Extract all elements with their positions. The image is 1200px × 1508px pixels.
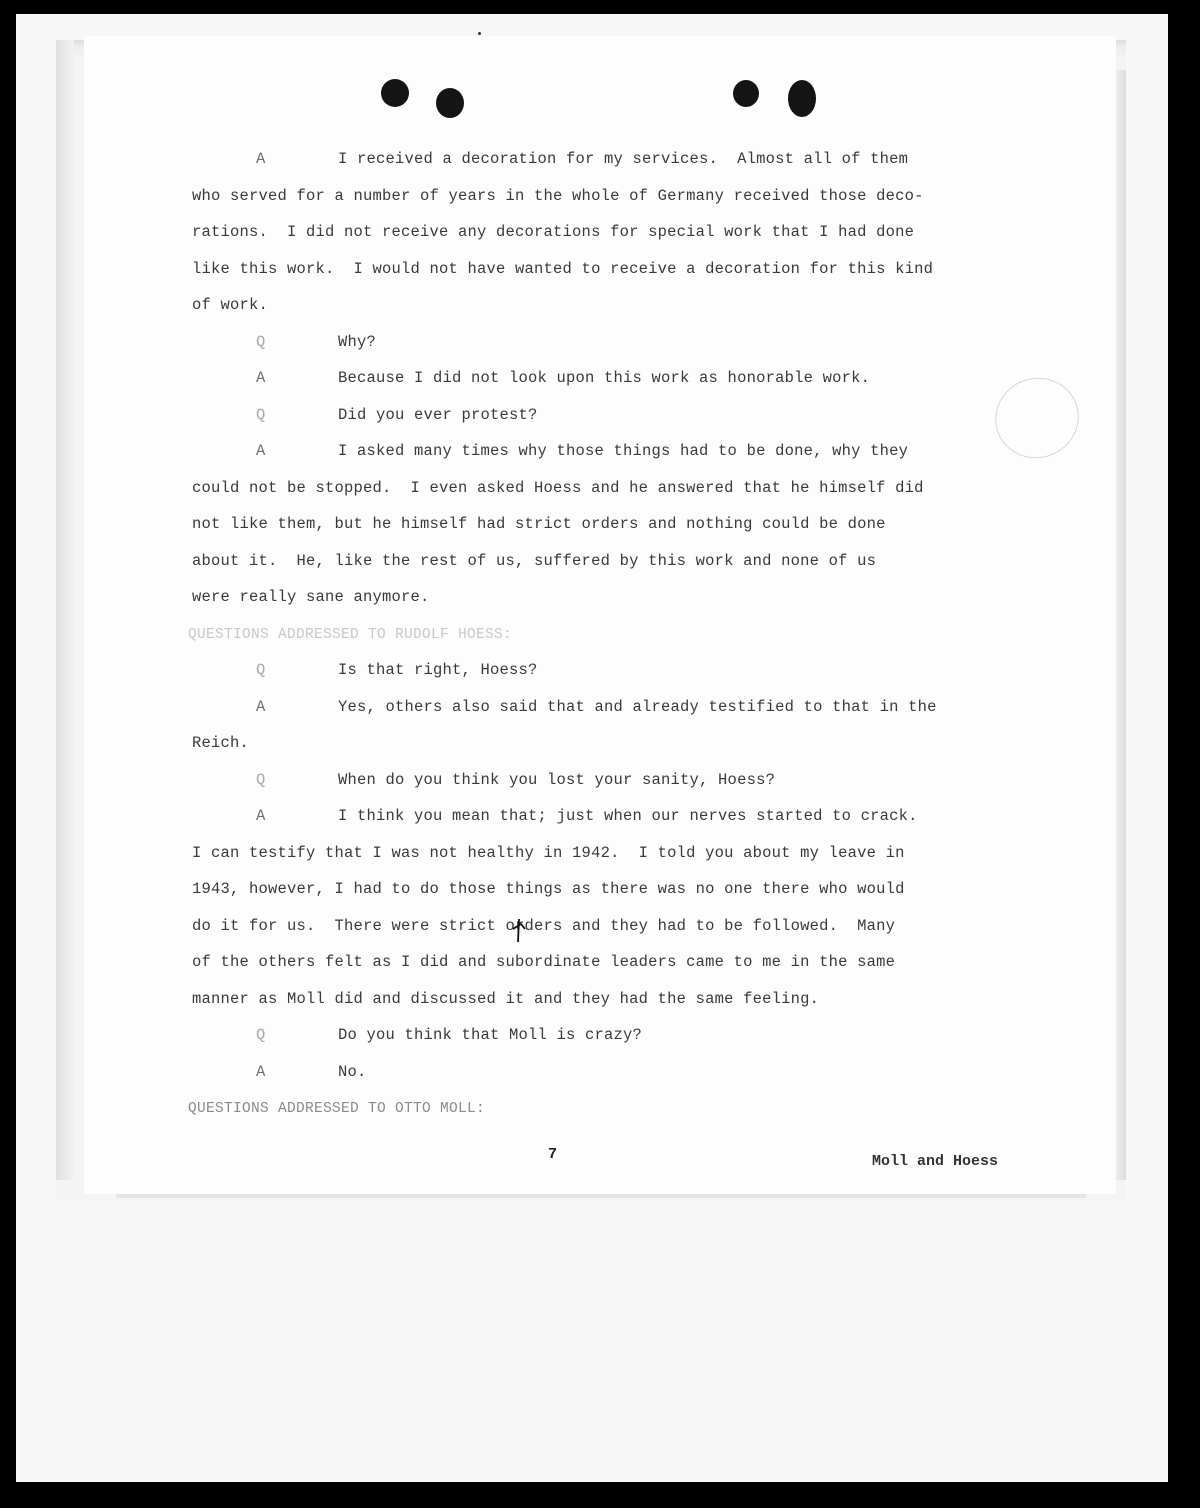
transcript-line: No. <box>338 1063 367 1081</box>
transcript-line: do it for us. There were strict orders a… <box>192 917 895 935</box>
footer-title: Moll and Hoess <box>872 1153 998 1170</box>
transcript-line: I think you mean that; just when our ner… <box>338 807 918 825</box>
question-label: Q <box>256 661 265 679</box>
transcript-line: manner as Moll did and discussed it and … <box>192 990 819 1008</box>
transcript-line: like this work. I would not have wanted … <box>192 260 933 278</box>
transcript-line: When do you think you lost your sanity, … <box>338 771 775 789</box>
answer-label: A <box>256 698 265 716</box>
answer-label: A <box>256 150 265 168</box>
answer-label: A <box>256 807 265 825</box>
transcript-line: of the others felt as I did and subordin… <box>192 953 895 971</box>
transcript-line: I received a decoration for my services.… <box>338 150 908 168</box>
transcript-line: Why? <box>338 333 376 351</box>
section-heading: QUESTIONS ADDRESSED TO RUDOLF HOESS: <box>188 627 512 643</box>
transcript-line: Reich. <box>192 734 249 752</box>
punch-hole-icon <box>733 80 759 107</box>
question-label: Q <box>256 333 265 351</box>
handwritten-mark-icon <box>512 917 526 943</box>
question-label: Q <box>256 771 265 789</box>
transcript-line: Because I did not look upon this work as… <box>338 369 870 387</box>
section-heading: QUESTIONS ADDRESSED TO OTTO MOLL: <box>188 1101 485 1117</box>
punch-hole-icon <box>788 80 816 117</box>
transcript-line: Do you think that Moll is crazy? <box>338 1026 642 1044</box>
answer-label: A <box>256 442 265 460</box>
punch-hole-icon <box>381 79 409 107</box>
question-label: Q <box>256 1026 265 1044</box>
transcript-line: could not be stopped. I even asked Hoess… <box>192 479 924 497</box>
transcript-line: not like them, but he himself had strict… <box>192 515 886 533</box>
transcript-line: Is that right, Hoess? <box>338 661 538 679</box>
answer-label: A <box>256 369 265 387</box>
transcript-line: 1943, however, I had to do those things … <box>192 880 905 898</box>
page-number: 7 <box>548 1146 557 1163</box>
transcript-line: who served for a number of years in the … <box>192 187 924 205</box>
punch-hole-icon <box>436 88 464 118</box>
transcript-line: Did you ever protest? <box>338 406 538 424</box>
transcript-line: I can testify that I was not healthy in … <box>192 844 905 862</box>
document-page <box>84 36 1116 1194</box>
transcript-line: I asked many times why those things had … <box>338 442 908 460</box>
transcript-line: were really sane anymore. <box>192 588 430 606</box>
ink-speck <box>478 32 481 35</box>
answer-label: A <box>256 1063 265 1081</box>
question-label: Q <box>256 406 265 424</box>
transcript-line: about it. He, like the rest of us, suffe… <box>192 552 876 570</box>
transcript-line: rations. I did not receive any decoratio… <box>192 223 914 241</box>
transcript-line: of work. <box>192 296 268 314</box>
transcript-line: Yes, others also said that and already t… <box>338 698 937 716</box>
